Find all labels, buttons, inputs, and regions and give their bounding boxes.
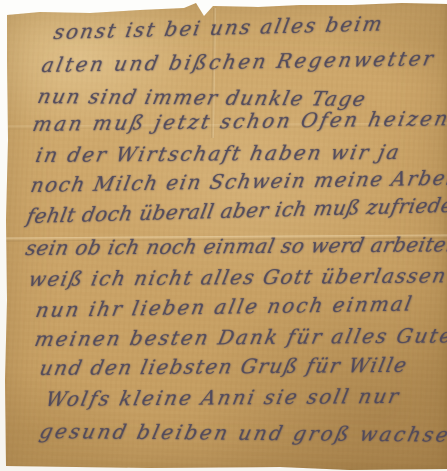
handwriting-line: weiß ich nicht alles Gott überlassen bbox=[27, 265, 447, 289]
letter-text-block: sonst ist bei uns alles beim alten und b… bbox=[0, 0, 447, 471]
scanned-letter: sonst ist bei uns alles beim alten und b… bbox=[0, 0, 447, 471]
handwriting-line: und den liebsten Gruß für Wille bbox=[38, 355, 410, 378]
handwriting-line: man muß jetzt schon Ofen heizen bbox=[31, 108, 447, 134]
handwriting-line: sonst ist bei uns alles beim bbox=[52, 13, 385, 42]
handwriting-line: sein ob ich noch einmal so werd arbeiten bbox=[24, 234, 447, 258]
handwriting-line: Wolfs kleine Anni sie soll nur bbox=[44, 386, 402, 409]
handwriting-line: gesund bleiben und groß wachsen bbox=[38, 421, 447, 445]
handwriting-line: in der Wirtschaft haben wir ja bbox=[34, 142, 403, 165]
handwriting-line: noch Milch ein Schwein meine Arbeit bbox=[29, 167, 447, 195]
handwriting-line: nun ihr lieben alle noch einmal bbox=[34, 293, 415, 320]
handwriting-line: alten und bißchen Regenwetter bbox=[40, 48, 437, 75]
handwriting-line: meinen besten Dank für alles Gute bbox=[33, 325, 447, 349]
handwriting-line: fehlt doch überall aber ich muß zufriede… bbox=[25, 194, 447, 226]
handwriting-line: nun sind immer dunkle Tage bbox=[36, 86, 369, 109]
